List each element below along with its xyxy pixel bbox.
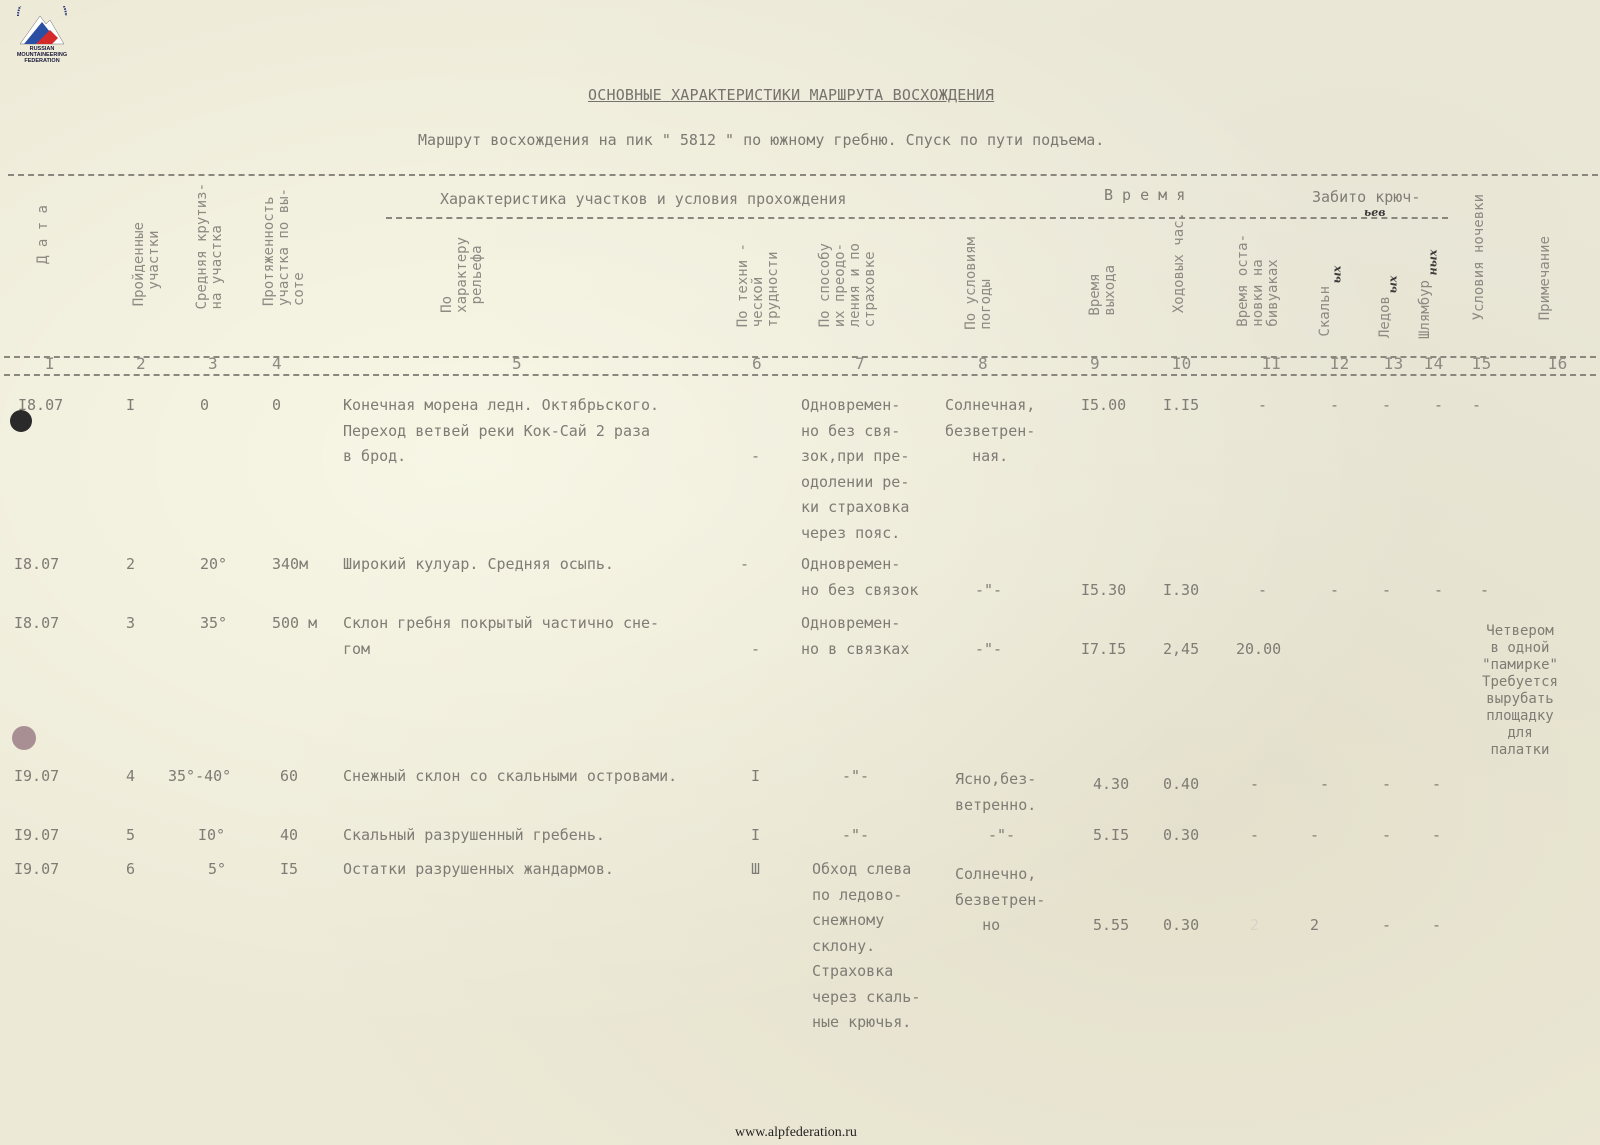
cell-start-time: I7.I5	[1081, 637, 1126, 663]
col-header-overnight: Условия ночевки	[1472, 194, 1487, 320]
cell-bolts: -	[1432, 772, 1441, 798]
cell-method: Одновремен- но без связок	[801, 552, 918, 603]
logo-line: FEDERATION	[12, 58, 72, 64]
cell-difficulty: I	[751, 823, 760, 849]
col-number: I	[45, 354, 55, 373]
cell-weather: Солнечно, безветрен- но	[955, 862, 1045, 939]
cell-bivouac: -	[1258, 578, 1267, 604]
col-header-sections: Пройденные участки	[132, 222, 162, 306]
col-number: 8	[978, 354, 988, 373]
cell-walking-hours: 2,45	[1163, 637, 1199, 663]
mountain-logo-icon	[6, 6, 74, 48]
cell-weather: -"-	[988, 823, 1015, 849]
cell-start-time: 5.I5	[1093, 823, 1129, 849]
cell-method: -"-	[842, 823, 869, 849]
col-header-date: Д а т а	[36, 205, 51, 264]
cell-rock-pitons: 2	[1310, 913, 1319, 939]
cell-method: Одновремен- но в связках	[801, 611, 909, 662]
col-number: 4	[272, 354, 282, 373]
cell-ice-pitons: -	[1382, 393, 1391, 419]
cell-method: Одновремен- но без свя- зок,при пре- одо…	[801, 393, 909, 546]
col-header-ice-pitons: Ледов	[1378, 296, 1393, 338]
header-bottom-rule	[4, 356, 1596, 358]
group-header-time: В р е м я	[1104, 186, 1185, 204]
cell-weather: -"-	[975, 578, 1002, 604]
col-header-walking-hours: Ходовых час.	[1172, 212, 1187, 313]
col-header-method: По способу их преодо- ления и по страхов…	[818, 243, 878, 327]
cell-relief: Снежный склон со скальными островами.	[343, 764, 677, 790]
footer-url[interactable]: www.alpfederation.ru	[735, 1125, 857, 1141]
handwritten-suffix: ых	[1386, 276, 1399, 294]
handwritten-suffix: ных	[1426, 250, 1439, 276]
cell-steepness: I0°	[198, 823, 225, 849]
cell-bivouac: -	[1258, 393, 1267, 419]
cell-ice-pitons: -	[1382, 772, 1391, 798]
col-number: 6	[752, 354, 762, 373]
cell-relief: Широкий кулуар. Средняя осыпь.	[343, 552, 614, 578]
col-number: I0	[1172, 354, 1191, 373]
col-number: I5	[1472, 354, 1491, 373]
cell-steepness: 35°-40°	[168, 764, 231, 790]
cell-relief: Остатки разрушенных жандармов.	[343, 857, 614, 883]
cell-note: Четвером в одной "памирке" Требуется выр…	[1470, 623, 1570, 759]
cell-start-time: I5.00	[1081, 393, 1126, 419]
page-title: ОСНОВНЫЕ ХАРАКТЕРИСТИКИ МАРШРУТА ВОСХОЖД…	[588, 86, 994, 104]
col-number: I6	[1548, 354, 1567, 373]
cell-section: I	[126, 393, 135, 419]
cell-section: 3	[126, 611, 135, 637]
group-header-pitons: Забито крюч-	[1312, 188, 1420, 206]
cell-section: 4	[126, 764, 135, 790]
cell-date: I9.07	[14, 764, 59, 790]
cell-steepness: 0	[200, 393, 209, 419]
group-header-characteristics: Характеристика участков и условия прохож…	[440, 190, 846, 208]
cell-bivouac: 2	[1250, 913, 1259, 939]
route-subtitle: Маршрут восхождения на пик " 5812 " по ю…	[418, 131, 1104, 149]
col-number: 2	[136, 354, 146, 373]
cell-length: 0	[272, 393, 281, 419]
cell-difficulty: -	[751, 637, 760, 663]
cell-rock-pitons: -	[1310, 823, 1319, 849]
cell-bivouac: -	[1250, 823, 1259, 849]
cell-bolts: -	[1434, 578, 1443, 604]
cell-start-time: 4.30	[1093, 772, 1129, 798]
cell-bivouac: -	[1250, 772, 1259, 798]
cell-overnight: -	[1480, 578, 1489, 604]
cell-length: I5	[280, 857, 298, 883]
col-header-start-time: Время выхода	[1088, 265, 1118, 316]
cell-rock-pitons: -	[1330, 578, 1339, 604]
header-number-rule	[4, 374, 1596, 376]
cell-start-time: I5.30	[1081, 578, 1126, 604]
handwritten-suffix: ьев	[1364, 206, 1385, 219]
cell-difficulty: -	[751, 444, 760, 470]
col-number: I2	[1330, 354, 1349, 373]
col-number: 5	[512, 354, 522, 373]
cell-walking-hours: 0.40	[1163, 772, 1199, 798]
col-header-difficulty: По техни - ческой трудности	[736, 243, 781, 327]
cell-difficulty: Ш	[751, 857, 760, 883]
cell-length: 40	[280, 823, 298, 849]
col-header-rock-pitons: Скальн	[1318, 286, 1333, 337]
cell-weather: Солнечная, безветрен- ная.	[945, 393, 1035, 470]
cell-length: 340м	[272, 552, 308, 578]
cell-ice-pitons: -	[1382, 578, 1391, 604]
col-number: I3	[1384, 354, 1403, 373]
cell-method: -"-	[842, 764, 869, 790]
cell-walking-hours: 0.30	[1163, 913, 1199, 939]
group-rule-characteristics	[386, 217, 1076, 219]
cell-bivouac: 20.00	[1236, 637, 1281, 663]
group-rule-time	[1078, 217, 1448, 219]
col-number: 7	[855, 354, 865, 373]
cell-walking-hours: 0.30	[1163, 823, 1199, 849]
cell-start-time: 5.55	[1093, 913, 1129, 939]
col-header-bivouac-time: Время оста- новки на бивуаках	[1236, 234, 1281, 327]
col-number: 9	[1090, 354, 1100, 373]
cell-difficulty: I	[751, 764, 760, 790]
col-number: 3	[208, 354, 218, 373]
cell-section: 5	[126, 823, 135, 849]
cell-walking-hours: I.I5	[1163, 393, 1199, 419]
cell-rock-pitons: -	[1320, 772, 1329, 798]
cell-relief: Склон гребня покрытый частично сне- гом	[343, 611, 659, 662]
punch-hole	[12, 726, 36, 750]
cell-steepness: 20°	[200, 552, 227, 578]
col-header-length: Протяженность участка по вы- соте	[262, 188, 307, 306]
cell-date: I8.07	[14, 552, 59, 578]
col-header-weather: По условиям погоды	[964, 237, 994, 330]
cell-bolts: -	[1432, 913, 1441, 939]
col-header-relief: По характеру рельефа	[440, 237, 485, 313]
cell-relief: Скальный разрушенный гребень.	[343, 823, 605, 849]
col-number: I4	[1424, 354, 1443, 373]
cell-date: I9.07	[14, 857, 59, 883]
cell-method: Обход слева по ледово- снежному склону. …	[812, 857, 920, 1036]
cell-steepness: 35°	[200, 611, 227, 637]
cell-weather: Ясно,без- ветренно.	[955, 767, 1036, 818]
cell-section: 6	[126, 857, 135, 883]
cell-bolts: -	[1434, 393, 1443, 419]
cell-weather: -"-	[975, 637, 1002, 663]
cell-date: I8.07	[14, 611, 59, 637]
header-top-rule	[8, 174, 1598, 176]
cell-steepness: 5°	[208, 857, 226, 883]
cell-section: 2	[126, 552, 135, 578]
col-header-steepness: Средняя крутиз- на участка	[195, 183, 225, 309]
cell-ice-pitons: -	[1382, 913, 1391, 939]
cell-walking-hours: I.30	[1163, 578, 1199, 604]
col-number: II	[1262, 354, 1281, 373]
cell-ice-pitons: -	[1382, 823, 1391, 849]
cell-length: 60	[280, 764, 298, 790]
federation-logo: RUSSIAN MOUNTAINEERING FEDERATION	[6, 6, 74, 64]
col-header-bolts: Шлямбур	[1418, 280, 1433, 339]
cell-relief: Конечная морена ледн. Октябрьского. Пере…	[343, 393, 659, 470]
cell-difficulty: -	[740, 552, 749, 578]
col-header-note: Примечание	[1538, 236, 1553, 320]
cell-length: 500 м	[272, 611, 317, 637]
cell-date: I9.07	[14, 823, 59, 849]
handwritten-suffix: ых	[1330, 266, 1343, 284]
cell-bolts: -	[1432, 823, 1441, 849]
cell-overnight: -	[1472, 393, 1481, 419]
cell-rock-pitons: -	[1330, 393, 1339, 419]
cell-date: I8.07	[18, 393, 63, 419]
